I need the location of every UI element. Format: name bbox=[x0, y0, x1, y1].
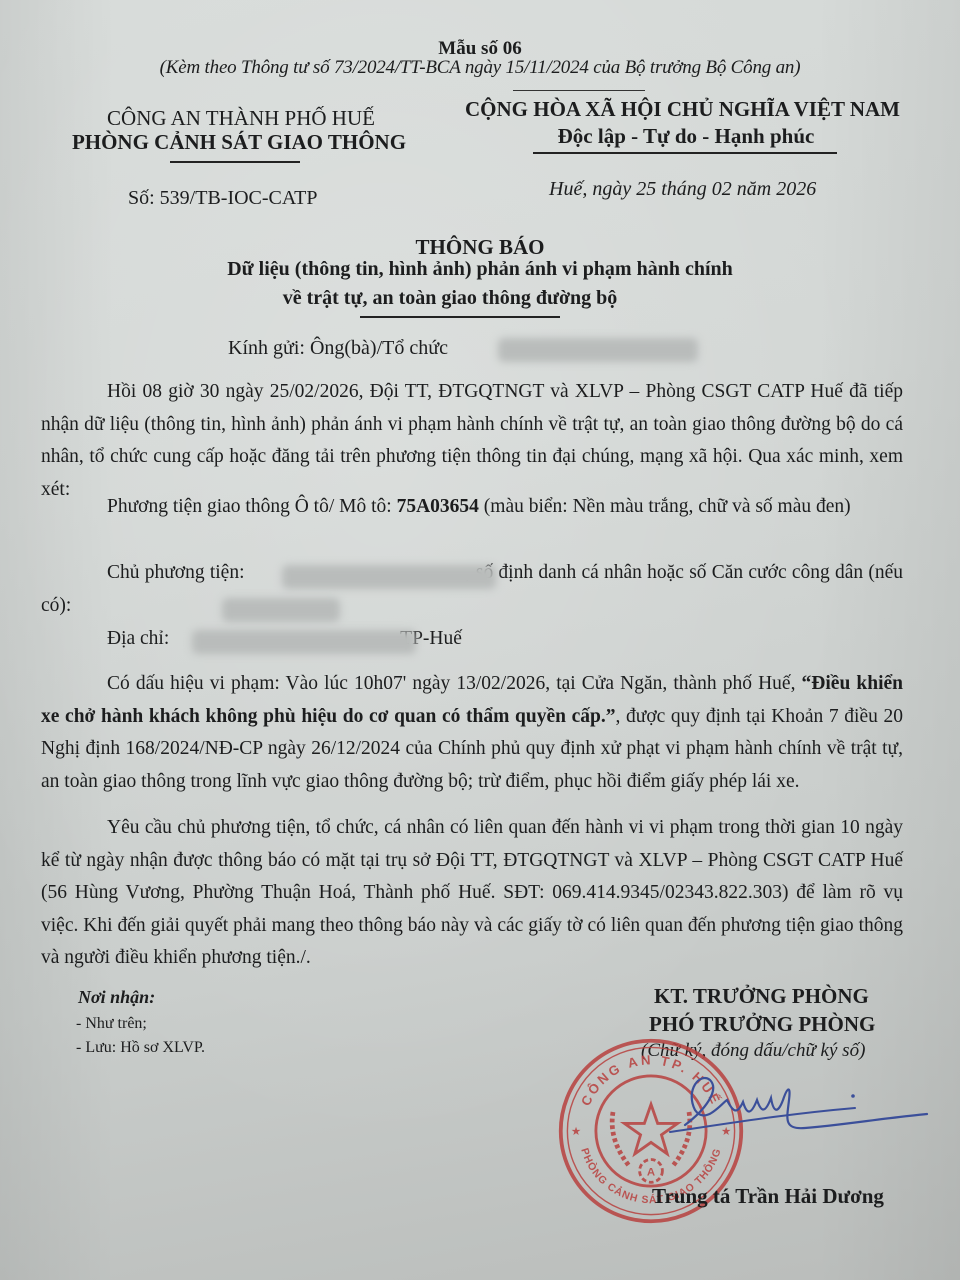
divider bbox=[533, 152, 837, 154]
paragraph-vehicle: Phương tiện giao thông Ô tô/ Mô tô: 75A0… bbox=[41, 491, 903, 524]
document-subtitle-line-2: về trật tự, an toàn giao thông đường bộ bbox=[0, 287, 900, 310]
divider bbox=[360, 316, 560, 318]
attachment-note: (Kèm theo Thông tư số 73/2024/TT-BCA ngà… bbox=[0, 57, 960, 79]
document-title: THÔNG BÁO bbox=[0, 235, 960, 260]
vehicle-label: Phương tiện giao thông Ô tô/ Mô tô: bbox=[107, 496, 397, 517]
svg-text:A: A bbox=[647, 1167, 655, 1179]
national-title: CỘNG HÒA XÃ HỘI CHỦ NGHĨA VIỆT NAM bbox=[440, 97, 925, 122]
redacted-owner-name bbox=[282, 565, 496, 589]
paragraph-violation: Có dấu hiệu vi phạm: Vào lúc 10h07' ngày… bbox=[41, 668, 903, 798]
divider bbox=[170, 161, 300, 163]
signer-name: Trung tá Trần Hải Dương bbox=[652, 1184, 884, 1209]
divider bbox=[513, 90, 645, 91]
violation-time-place: Có dấu hiệu vi phạm: Vào lúc 10h07' ngày… bbox=[107, 673, 802, 694]
document-number: Số: 539/TB-IOC-CATP bbox=[128, 187, 317, 210]
handwritten-signature bbox=[665, 1070, 935, 1150]
recipients-heading: Nơi nhận: bbox=[78, 987, 155, 1008]
redacted-recipient-name bbox=[498, 338, 698, 362]
plate-number: 75A03654 bbox=[397, 496, 479, 517]
plate-color: (màu biển: Nền màu trắng, chữ và số màu … bbox=[479, 496, 851, 517]
signer-title-1: KT. TRƯỞNG PHÒNG bbox=[654, 984, 869, 1009]
paragraph-received: Hồi 08 giờ 30 ngày 25/02/2026, Đội TT, Đ… bbox=[41, 376, 903, 506]
svg-text:★: ★ bbox=[571, 1126, 581, 1138]
redacted-citizen-id bbox=[222, 598, 340, 622]
owner-label: Chủ phương tiện: bbox=[107, 562, 250, 583]
salutation: Kính gửi: Ông(bà)/Tổ chức bbox=[228, 337, 448, 360]
issuer-parent: CÔNG AN THÀNH PHỐ HUẾ bbox=[76, 106, 406, 131]
paragraph-address: Địa chỉ: TP-Huế bbox=[41, 623, 903, 656]
redacted-address bbox=[192, 630, 416, 654]
signer-title-2: PHÓ TRƯỞNG PHÒNG bbox=[649, 1012, 875, 1037]
place-and-date: Huế, ngày 25 tháng 02 năm 2026 bbox=[549, 178, 816, 201]
recipient-item: - Như trên; bbox=[76, 1015, 147, 1033]
national-motto: Độc lập - Tự do - Hạnh phúc bbox=[526, 124, 846, 149]
recipient-item: - Lưu: Hồ sơ XLVP. bbox=[76, 1039, 205, 1057]
address-label: Địa chỉ: bbox=[107, 628, 174, 649]
issuer-department: PHÒNG CẢNH SÁT GIAO THÔNG bbox=[53, 130, 425, 155]
document-subtitle-line-1: Dữ liệu (thông tin, hình ảnh) phản ánh v… bbox=[0, 258, 960, 281]
paragraph-request: Yêu cầu chủ phương tiện, tổ chức, cá nhâ… bbox=[41, 812, 903, 975]
